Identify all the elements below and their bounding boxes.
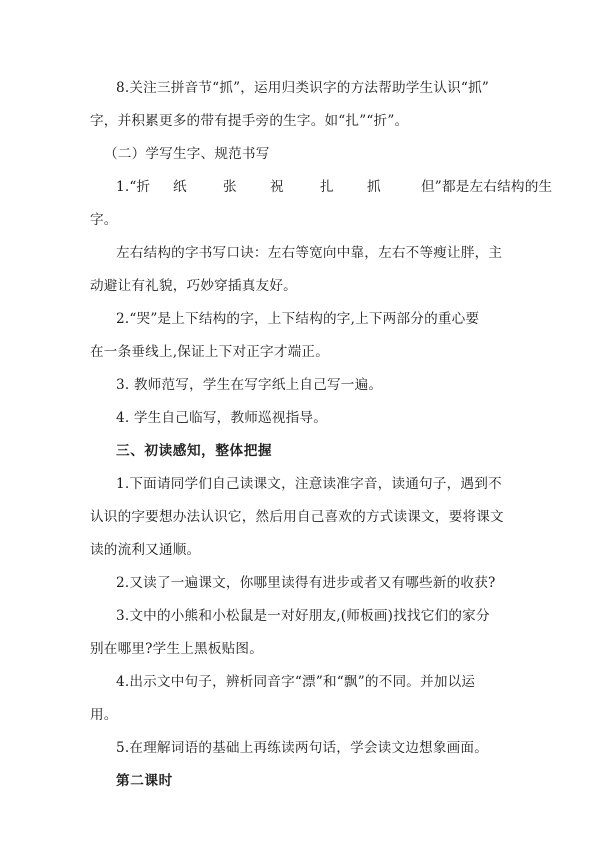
reading-item-2: 2.又读了一遍课文，你哪里读得有进步或者又有哪些新的收获?: [116, 575, 496, 591]
reading-item-3-line-2: 别在哪里?学生上黑板贴图。: [90, 641, 263, 657]
paragraph-item-4: 4. 学生自己临写，教师巡视指导。: [116, 410, 327, 426]
document-page: 8.关注三拼音节“抓”，运用归类识字的方法帮助学生认识“抓” 字，并积累更多的带…: [0, 0, 595, 842]
reading-item-1-line-3: 读的流利又通顺。: [90, 542, 200, 558]
character-list-prefix: 1.“折: [116, 179, 150, 195]
reading-item-3-line-1: 3.文中的小熊和小松鼠是一对好朋友,(师板画)找找它们的家分: [116, 608, 490, 624]
reading-item-4-line-1: 4.出示文中句子，辨析同音字“漂”和“飘”的不同。并加以运: [116, 674, 475, 690]
reading-item-4-line-2: 用。: [90, 707, 118, 723]
section-heading-first-reading: 三、初读感知，整体把握: [116, 443, 272, 459]
reading-item-1-line-1: 1.下面请同学们自己读课文，注意读准字音，读通句子，遇到不: [116, 476, 502, 492]
paragraph-item-8-line-2: 字，并积累更多的带有提手旁的生字。如“扎”“折”。: [90, 113, 408, 129]
character-item: 张: [223, 179, 237, 195]
character-list-suffix: 但”都是左右结构的生: [421, 179, 552, 195]
paragraph-item-3: 3. 教师范写，学生在写字纸上自己写一遍。: [116, 377, 382, 393]
section-heading-write-characters: （二）学写生字、规范书写: [104, 146, 270, 162]
reading-item-1-line-2: 认识的字要想办法认识它，然后用自己喜欢的方式读课文，要将课文: [90, 509, 504, 525]
paragraph-item-8-line-1: 8.关注三拼音节“抓”，运用归类识字的方法帮助学生认识“抓”: [116, 80, 489, 96]
writing-tip-line-2: 动避让有礼貌，巧妙穿插真友好。: [90, 278, 297, 294]
character-item: 祝: [270, 179, 284, 195]
reading-item-5: 5.在理解词语的基础上再练读两句话，学会读文边想象画面。: [116, 740, 488, 756]
character-item: 扎: [320, 179, 334, 195]
paragraph-item-2-line-2: 在一条垂线上,保证上下对正字才端正。: [90, 344, 329, 360]
writing-tip-line-1: 左右结构的字书写口诀：左右等宽向中靠，左右不等瘦让胖，主: [116, 245, 502, 261]
character-item: 纸: [173, 179, 187, 195]
paragraph-item-2-line-1: 2.“哭”是上下结构的字，上下结构的字,上下两部分的重心要: [116, 311, 479, 327]
character-item: 抓: [367, 179, 381, 195]
character-list-line-2: 字。: [90, 212, 118, 228]
lesson-two-heading: 第二课时: [116, 773, 173, 789]
